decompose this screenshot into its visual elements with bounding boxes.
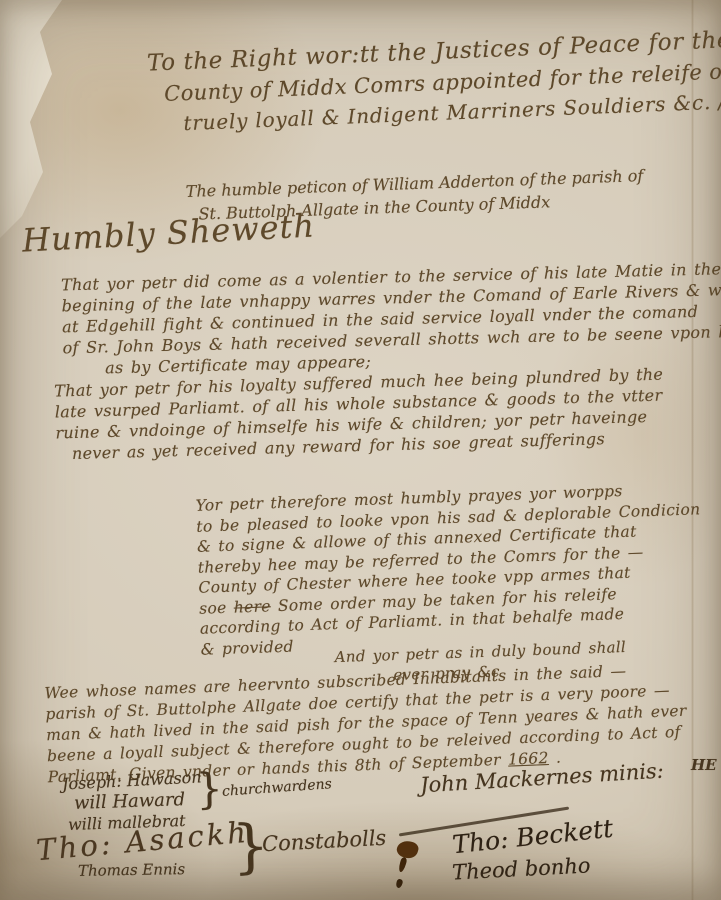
sheweth-heading: Humbly Sheweth [21, 206, 316, 259]
prayer-clause: Yor petr therefore most humbly prayes yo… [195, 478, 705, 659]
torn-paper-corner [0, 0, 70, 250]
manuscript-page: To the Right wor:tt the Justices of Peac… [0, 0, 721, 900]
struck-word: here [233, 597, 271, 616]
paragraph-sufferings: That yor petr for his loyalty suffered m… [54, 364, 665, 465]
constables-label: Constabolls [261, 826, 386, 856]
signature-bonho: Theod bonho [451, 853, 591, 884]
churchwardens-brace: } [195, 764, 223, 814]
ink-blot [395, 838, 420, 860]
address-heading: To the Right wor:tt the Justices of Peac… [147, 25, 721, 136]
paragraph-service: That yor petr did come as a volentier to… [61, 258, 721, 380]
prayer-text: soe [199, 598, 234, 617]
signature-haward: will Haward [74, 789, 186, 814]
monogram-he: HE [691, 756, 717, 774]
signature-ennis: Thomas Ennis [78, 860, 185, 880]
